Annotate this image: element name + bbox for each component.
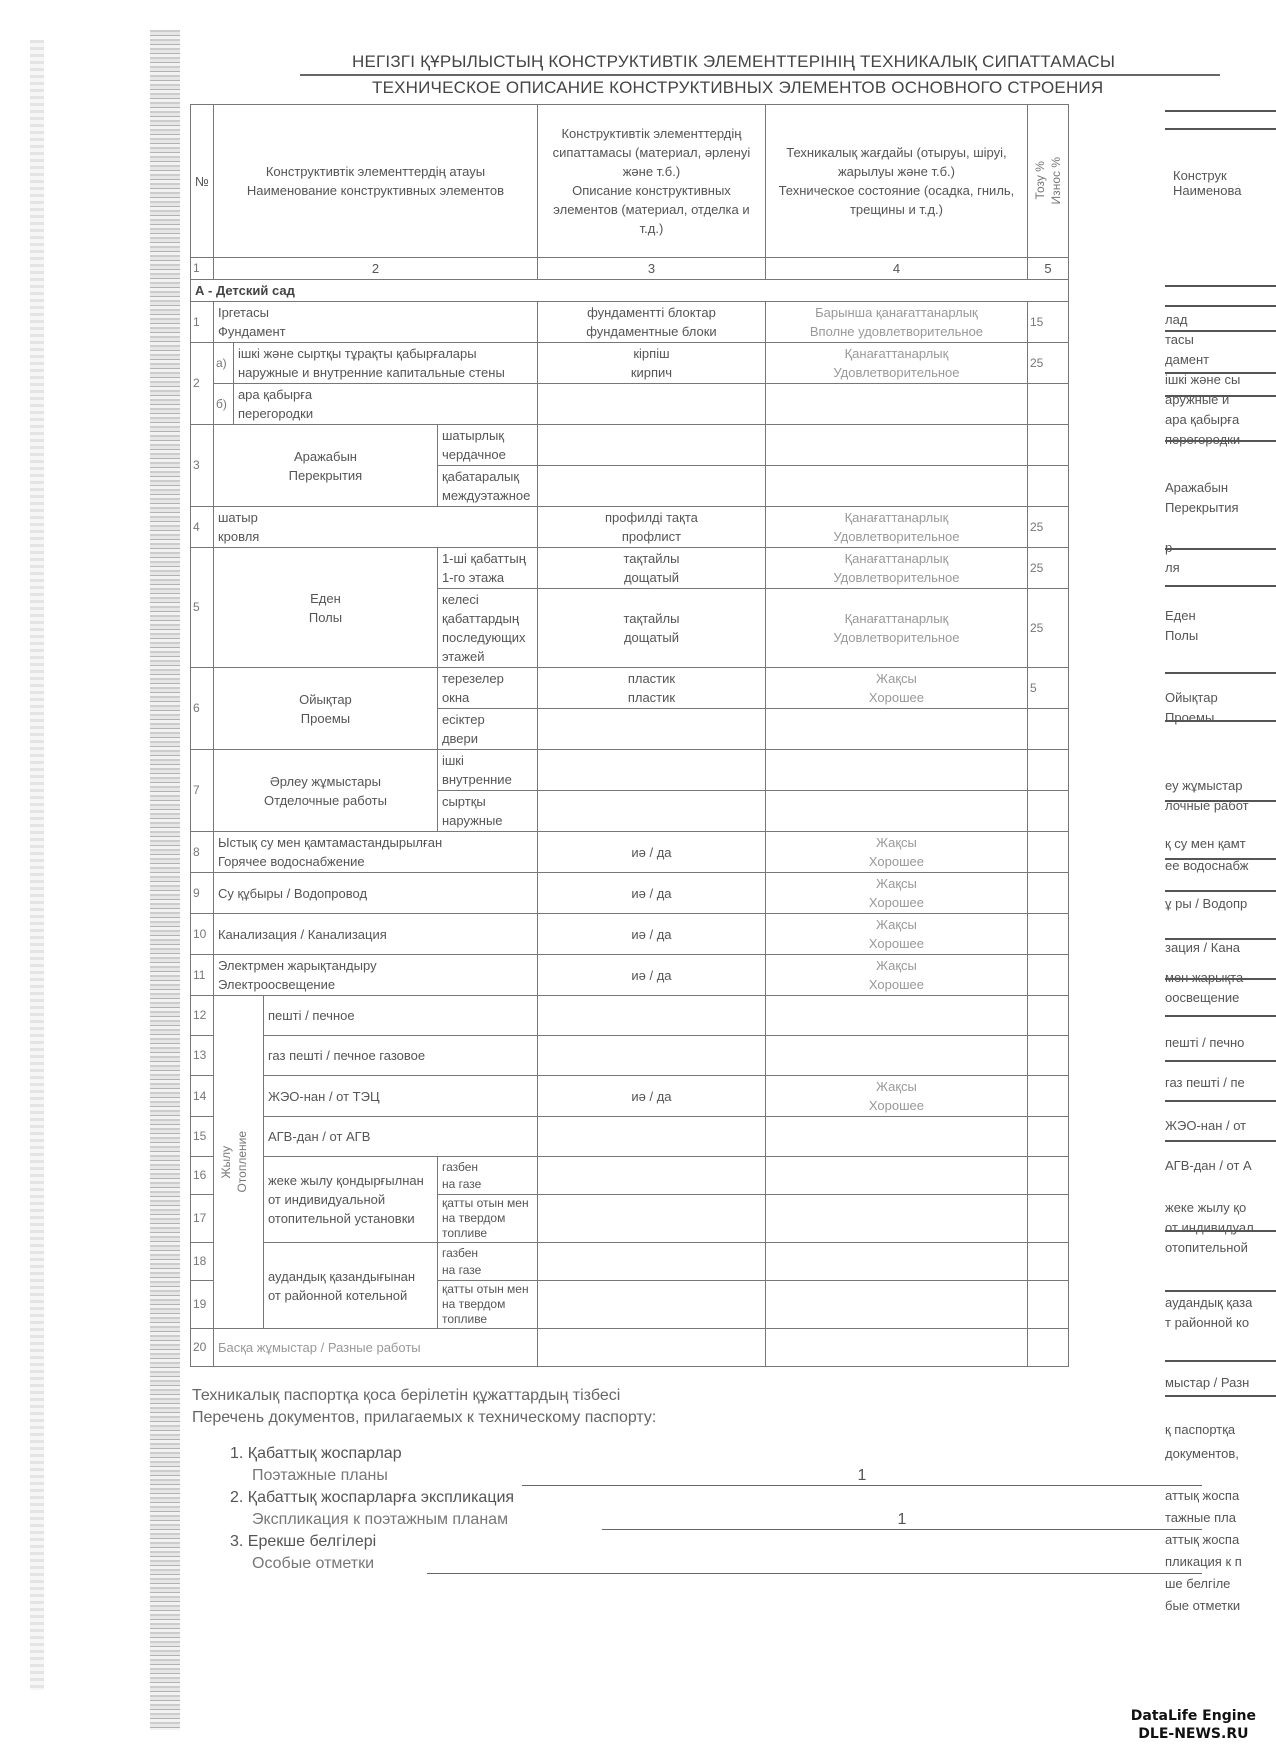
table-row: 8 Ыстық су мен қамтамастандырылғанГоряче…	[191, 832, 1069, 873]
fragment-line: Перекрытия	[1165, 500, 1239, 515]
fragment-line: АГВ-дан / от А	[1165, 1158, 1252, 1173]
table-row: 4 шатыркровля профилді тақтапрофлист Қан…	[191, 507, 1069, 548]
fragment-line: от индивидуал	[1165, 1220, 1254, 1235]
table-header-row: № Конструктивтік элементтердің атауыНаим…	[191, 105, 1069, 258]
table-row: 3 АражабынПерекрытия шатырлықчердачное	[191, 425, 1069, 466]
fragment-line: мыстар / Разн	[1165, 1375, 1249, 1390]
document-titles: НЕГІЗГІ ҚҰРЫЛЫСТЫҢ КОНСТРУКТИВТІК ЭЛЕМЕН…	[300, 52, 1220, 98]
document-item-sub: Особые отметки	[192, 1553, 656, 1575]
scan-artifact-binding	[150, 30, 180, 1730]
next-page-fragment: КонструкНаименоваладтасыдаментішкі және …	[1165, 0, 1276, 1755]
fragment-line: отопительной	[1165, 1240, 1248, 1255]
constructive-elements-table: № Конструктивтік элементтердің атауыНаим…	[190, 104, 1069, 1367]
fragment-line: пликация к п	[1165, 1554, 1242, 1569]
document-item: 1. Қабаттық жоспарлар	[192, 1443, 656, 1465]
fragment-line: ішкі және сы	[1165, 372, 1240, 387]
fragment-line: оосвещение	[1165, 990, 1239, 1005]
table-row: 5 ЕденПолы 1-ші қабаттың1-го этажа тақта…	[191, 548, 1069, 589]
documents-heading-ru: Перечень документов, прилагаемых к техни…	[192, 1407, 656, 1429]
table-row: 16 жеке жылу қондырғылнанот индивидуальн…	[191, 1157, 1069, 1195]
fragment-line: пешті / печно	[1165, 1035, 1244, 1050]
title-kz: НЕГІЗГІ ҚҰРЫЛЫСТЫҢ КОНСТРУКТИВТІК ЭЛЕМЕН…	[300, 52, 1220, 76]
table-row: 15 АГВ-дан / от АГВ	[191, 1117, 1069, 1157]
fragment-line: бые отметки	[1165, 1598, 1240, 1613]
document-item-sub: Экспликация к поэтажным планам 1	[192, 1509, 656, 1531]
document-item: 2. Қабаттық жоспарларға экспликация	[192, 1487, 656, 1509]
fragment-line: еу жұмыстар	[1165, 778, 1242, 793]
document-item-sub: Поэтажные планы 1	[192, 1465, 656, 1487]
scan-artifact-left	[30, 40, 44, 1690]
table-row: 7 Әрлеу жұмыстарыОтделочные работы ішків…	[191, 750, 1069, 791]
fragment-line: Проемы	[1165, 710, 1214, 725]
document-count-field: 1	[602, 1509, 1202, 1530]
fragment-line: газ пешті / пе	[1165, 1075, 1245, 1090]
fragment-line: зация / Кана	[1165, 940, 1240, 955]
heating-group: ЖылуОтопление	[213, 996, 263, 1329]
fragment-line: ЖЭО-нан / от	[1165, 1118, 1246, 1133]
fragment-line: Ойықтар	[1165, 690, 1218, 705]
header-wear: Тозу %Износ %	[1027, 105, 1068, 258]
attached-documents: Техникалық паспортқа қоса берілетін құжа…	[192, 1385, 656, 1575]
fragment-line: т районной ко	[1165, 1315, 1249, 1330]
fragment-line: аудандық қаза	[1165, 1295, 1252, 1310]
table-row: 18 аудандық қазандығынанот районной коте…	[191, 1243, 1069, 1281]
fragment-line: дамент	[1165, 352, 1209, 367]
table-row: 13 газ пешті / печное газовое	[191, 1036, 1069, 1076]
table-row: 14 ЖЭО-нан / от ТЭЦ иә / да ЖақсыХорошее	[191, 1076, 1069, 1117]
special-notes-field	[427, 1553, 1202, 1574]
fragment-line: қ паспортқа	[1165, 1422, 1235, 1437]
table-row: 9 Су құбыры / Водопровод иә / да ЖақсыХо…	[191, 873, 1069, 914]
header-num: №	[191, 105, 214, 258]
section-title: А - Детский сад	[191, 280, 1069, 302]
fragment-line: ұ ры / Водопр	[1165, 896, 1247, 911]
document-item: 3. Ерекше белгілері	[192, 1531, 656, 1553]
fragment-header: КонструкНаименова	[1173, 168, 1241, 198]
table-row: 2 а) ішкі және сыртқы тұрақты қабырғалар…	[191, 343, 1069, 384]
header-technical-state: Техникалық жағдайы (отыруы, шіруі, жарыл…	[765, 105, 1027, 258]
document-count-field: 1	[522, 1465, 1202, 1486]
table-row: 10 Канализация / Канализация иә / да Жақ…	[191, 914, 1069, 955]
title-ru: ТЕХНИЧЕСКОЕ ОПИСАНИЕ КОНСТРУКТИВНЫХ ЭЛЕМ…	[300, 78, 1220, 98]
table-row: 12 ЖылуОтопление пешті / печное	[191, 996, 1069, 1036]
fragment-line: қ су мен қамт	[1165, 836, 1246, 851]
section-row: А - Детский сад	[191, 280, 1069, 302]
fragment-line: жеке жылу қо	[1165, 1200, 1246, 1215]
fragment-line: ше белгіле	[1165, 1576, 1230, 1591]
documents-heading-kz: Техникалық паспортқа қоса берілетін құжа…	[192, 1385, 656, 1407]
fragment-line: аттық жоспа	[1165, 1532, 1239, 1547]
fragment-line: тажные пла	[1165, 1510, 1236, 1525]
watermark: DataLife Engine DLE-NEWS.RU	[1131, 1707, 1256, 1743]
fragment-line: ля	[1165, 560, 1180, 575]
table-row: 6 ОйықтарПроемы терезелерокна пластикпла…	[191, 668, 1069, 709]
table-row: 11 Электрмен жарықтандыруЭлектроосвещени…	[191, 955, 1069, 996]
fragment-line: аттық жоспа	[1165, 1488, 1239, 1503]
header-element-name: Конструктивтік элементтердің атауыНаимен…	[213, 105, 537, 258]
table-row: 1 ІргетасыФундамент фундаментті блоктарф…	[191, 302, 1069, 343]
fragment-line: лад	[1165, 312, 1187, 327]
table-row: б) ара қабырғаперегородки	[191, 384, 1069, 425]
fragment-line: ее водоснабж	[1165, 858, 1249, 873]
fragment-line: Полы	[1165, 628, 1198, 643]
fragment-line: Аражабын	[1165, 480, 1228, 495]
fragment-line: тасы	[1165, 332, 1194, 347]
fragment-line: документов,	[1165, 1446, 1239, 1461]
fragment-line: ара қабырға	[1165, 412, 1239, 427]
table-row: 20 Басқа жұмыстар / Разные работы	[191, 1329, 1069, 1367]
column-numbers-row: 1 2 3 4 5	[191, 258, 1069, 280]
header-description: Конструктивтік элементтердің сипаттамасы…	[537, 105, 765, 258]
fragment-line: Еден	[1165, 608, 1196, 623]
